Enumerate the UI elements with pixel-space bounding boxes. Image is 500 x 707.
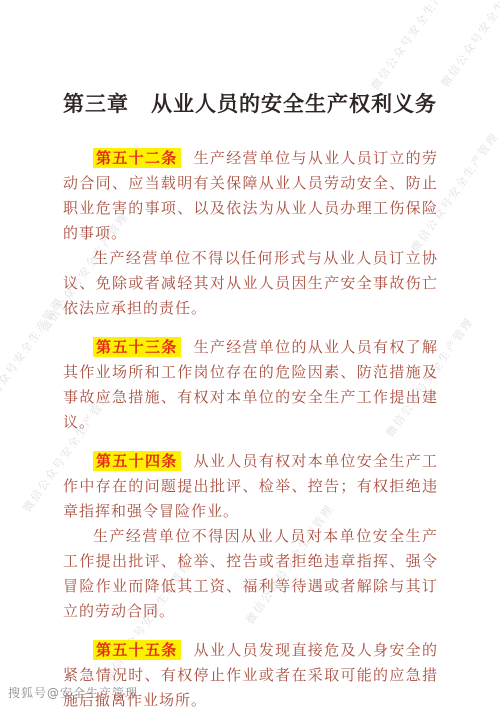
diagonal-watermark: 微信公众号安全生产管理 bbox=[0, 294, 67, 420]
article-54-number-highlight: 第五十四条 bbox=[93, 451, 181, 471]
article-54-paragraph-1: 第五十四条从业人员有权对本单位安全生产工作中存在的问题提出批评、检举、控告；有权… bbox=[63, 449, 438, 524]
article-52-number-highlight: 第五十二条 bbox=[93, 148, 181, 168]
article-52-paragraph-1: 第五十二条生产经营单位与从业人员订立的劳动合同、应当载明有关保障从业人员劳动安全… bbox=[63, 146, 438, 246]
article-55-number-highlight: 第五十五条 bbox=[93, 640, 181, 660]
chapter-content: 第五十二条生产经营单位与从业人员订立的劳动合同、应当载明有关保障从业人员劳动安全… bbox=[63, 146, 438, 707]
diagonal-watermark: 微信公众号安全生产管理 bbox=[367, 0, 462, 93]
document-page: 微信公众号安全生产管理 微信公众号安全生产管理 微信公众号安全生产管理 微信公众… bbox=[0, 0, 500, 707]
diagonal-watermark: 微信公众号安全生产管理 bbox=[437, 0, 500, 90]
article-53-number-highlight: 第五十三条 bbox=[93, 337, 181, 357]
chapter-title: 第三章 从业人员的安全生产权利义务 bbox=[36, 88, 464, 118]
article-52-paragraph-2: 生产经营单位不得以任何形式与从业人员订立协议、免除或者减轻其对从业人员因生产安全… bbox=[63, 246, 438, 321]
sohu-account-watermark: 搜狐号@安全生产管理 bbox=[8, 684, 138, 701]
article-54-paragraph-2: 生产经营单位不得因从业人员对本单位安全生产工作提出批评、检举、控告或者拒绝违章指… bbox=[63, 524, 438, 624]
article-53-paragraph-1: 第五十三条生产经营单位的从业人员有权了解其作业场所和工作岗位存在的危险因素、防范… bbox=[63, 335, 438, 435]
article-54-text-2: 生产经营单位不得因从业人员对本单位安全生产工作提出批评、检举、控告或者拒绝违章指… bbox=[63, 527, 438, 620]
article-52-text-2: 生产经营单位不得以任何形式与从业人员订立协议、免除或者减轻其对从业人员因生产安全… bbox=[63, 249, 438, 317]
